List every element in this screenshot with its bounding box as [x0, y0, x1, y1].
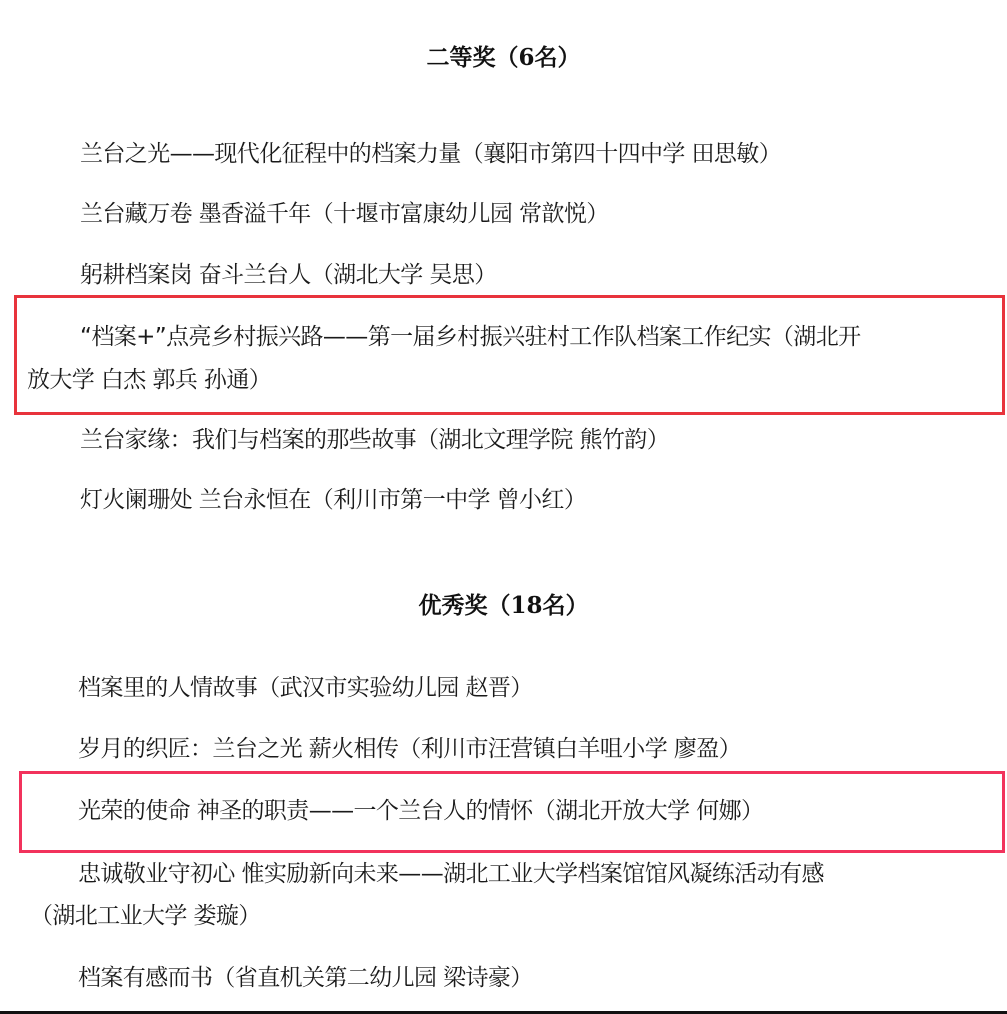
- entry-text: 岁月的织匠：兰台之光 薪火相传（利川市汪营镇白羊咀小学 廖盈）: [78, 728, 741, 770]
- list-item-highlighted-continued: 放大学 白杰 郭兵 孙通）: [27, 359, 271, 401]
- entry-text: 兰台家缘：我们与档案的那些故事（湖北文理学院 熊竹韵）: [80, 419, 669, 461]
- entry-text: 兰台之光——现代化征程中的档案力量（襄阳市第四十四中学 田思敏）: [80, 133, 781, 175]
- entry-text: 躬耕档案岗 奋斗兰台人（湖北大学 吴思）: [80, 254, 497, 296]
- list-item: 忠诚敬业守初心 惟实励新向未来——湖北工业大学档案馆馆风凝练活动有感: [78, 853, 824, 895]
- list-item: 岁月的织匠：兰台之光 薪火相传（利川市汪营镇白羊咀小学 廖盈）: [78, 728, 741, 770]
- entry-text: 档案有感而书（省直机关第二幼儿园 梁诗豪）: [78, 957, 533, 999]
- list-item: 兰台藏万卷 墨香溢千年（十堰市富康幼儿园 常歆悦）: [80, 193, 609, 235]
- entry-text-line-2: （湖北工业大学 娄璇）: [30, 895, 261, 937]
- list-item: 兰台家缘：我们与档案的那些故事（湖北文理学院 熊竹韵）: [80, 419, 669, 461]
- list-item: 档案有感而书（省直机关第二幼儿园 梁诗豪）: [78, 957, 533, 999]
- entry-text: 光荣的使命 神圣的职责——一个兰台人的情怀（湖北开放大学 何娜）: [78, 790, 763, 832]
- list-item: 档案里的人情故事（武汉市实验幼儿园 赵晋）: [78, 667, 533, 709]
- entry-text-line-2: 放大学 白杰 郭兵 孙通）: [27, 359, 271, 401]
- section-heading-second-prize: 二等奖（6名）: [0, 43, 1007, 73]
- list-item-continued: （湖北工业大学 娄璇）: [30, 895, 261, 937]
- list-item: 兰台之光——现代化征程中的档案力量（襄阳市第四十四中学 田思敏）: [80, 133, 781, 175]
- entry-text: 档案里的人情故事（武汉市实验幼儿园 赵晋）: [78, 667, 533, 709]
- list-item: 躬耕档案岗 奋斗兰台人（湖北大学 吴思）: [80, 254, 497, 296]
- list-item: 灯火阑珊处 兰台永恒在（利川市第一中学 曾小红）: [80, 479, 586, 521]
- list-item-highlighted: 光荣的使命 神圣的职责——一个兰台人的情怀（湖北开放大学 何娜）: [78, 790, 763, 832]
- section-heading-excellence-prize: 优秀奖（18名）: [0, 591, 1007, 621]
- list-item-highlighted: “档案+”点亮乡村振兴路——第一届乡村振兴驻村工作队档案工作纪实（湖北开: [80, 316, 861, 358]
- entry-text: 兰台藏万卷 墨香溢千年（十堰市富康幼儿园 常歆悦）: [80, 193, 609, 235]
- entry-text: 灯火阑珊处 兰台永恒在（利川市第一中学 曾小红）: [80, 479, 586, 521]
- entry-text-line-1: 忠诚敬业守初心 惟实励新向未来——湖北工业大学档案馆馆风凝练活动有感: [78, 853, 824, 895]
- entry-text-line-1: “档案+”点亮乡村振兴路——第一届乡村振兴驻村工作队档案工作纪实（湖北开: [80, 316, 861, 358]
